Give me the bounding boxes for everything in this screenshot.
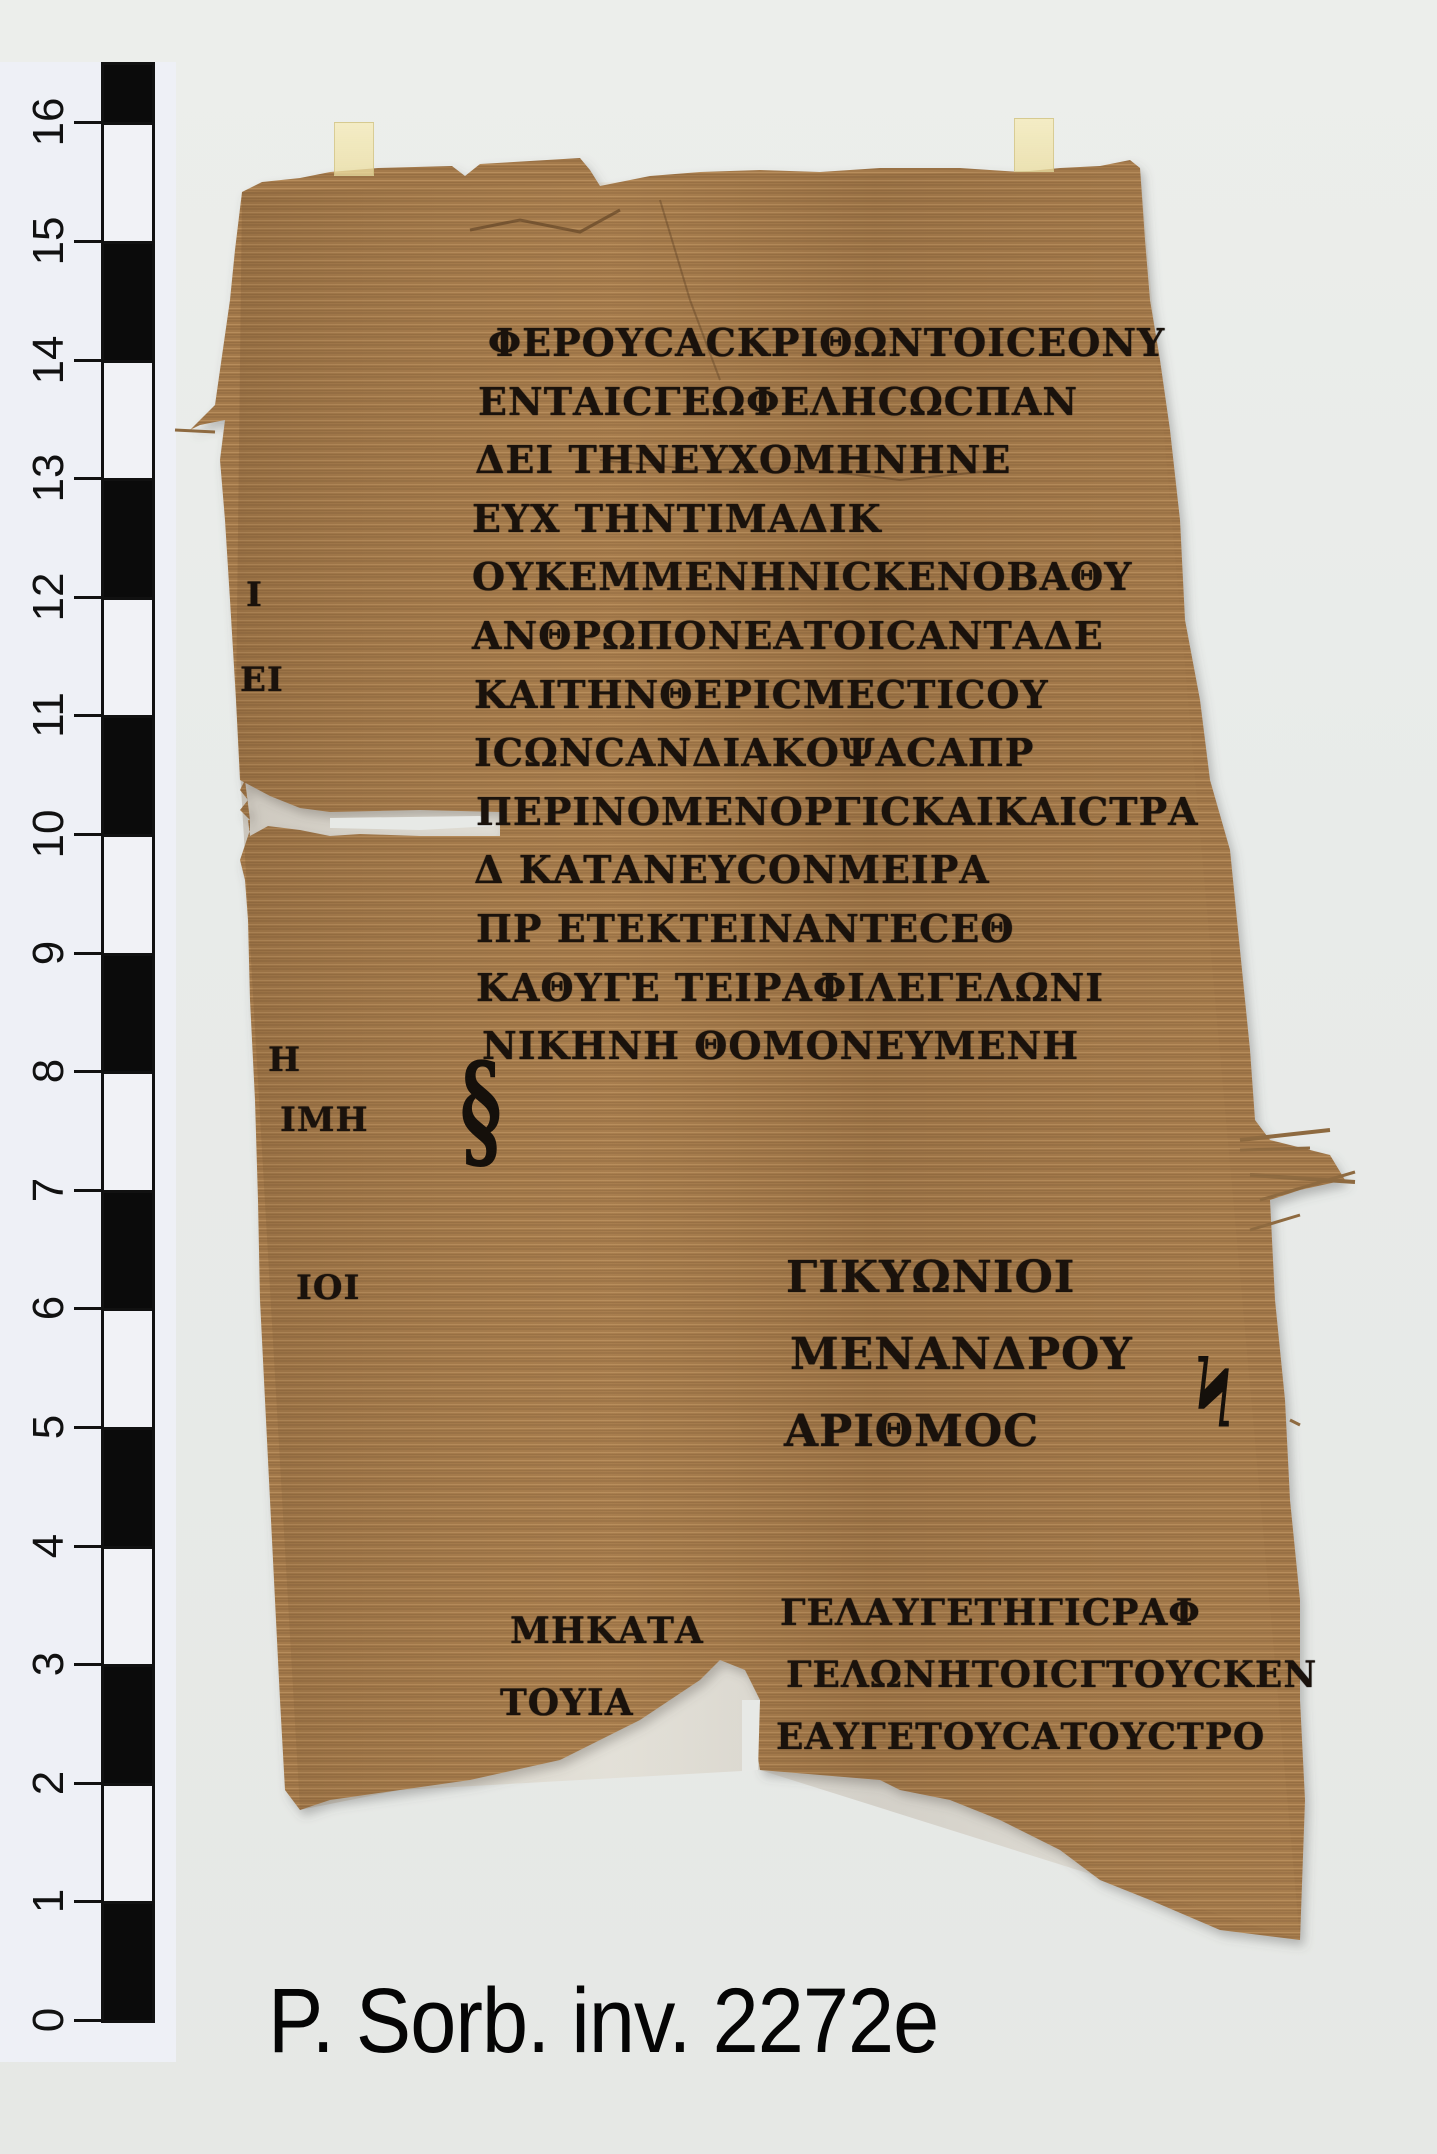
text-line: ΠΡ ΕΤΕΚΤΕΙΝΑΝΤΕϹΕΘ	[476, 906, 1014, 951]
tape-strip-left	[334, 122, 374, 176]
text-line: ΕΑΥΓΕΤΟΥϹΑΤΟΥϹΤΡΟ	[776, 1716, 1265, 1758]
text-line: ΕΝΤΑΙϹΓΕΩΦΕΛΗϹΩϹΠΑΝ	[478, 379, 1078, 424]
text-line: ΚΑΘΥΓΕ ΤΕΙΡΑΦΙΛΕΓΕΛΩΝΙ	[476, 965, 1104, 1010]
text-line: ΚΑΙΤΗΝΘΕΡΙϹΜΕϹΤΙϹΟΥ	[474, 672, 1049, 717]
papyrus-fragment: ΦΕΡΟΥϹΑϹΚΡΙΘΩΝΤΟΙϹΕΟΝΥΕΝΤΑΙϹΓΕΩΦΕΛΗϹΩϹΠΑ…	[0, 0, 1437, 2154]
text-line: ΓΕΛΩΝΗΤΟΙϹΓΤΟΥϹΚΕΝ	[786, 1654, 1317, 1696]
text-line: ΤΟΥΙΑ	[500, 1682, 634, 1724]
text-line: ΕΙ	[240, 660, 284, 700]
coronis-mark: §	[460, 1054, 502, 1166]
text-line: ΙΟΙ	[296, 1268, 360, 1308]
text-line: ΓΕΛΑΥΓΕΤΗΓΙϹΡΑΦ	[780, 1592, 1201, 1634]
text-line: ΠΕΡΙΝΟΜΕΝΟΡΓΙϹΚΑΙΚΑΙϹΤΡΑ	[476, 789, 1199, 834]
text-line: ΟΥΚΕΜΜΕΝΗΝΙϹΚΕΝΟΒΑΘΥ	[472, 554, 1132, 599]
text-line: Η	[268, 1040, 301, 1080]
text-line: ΝΙΚΗΝΗ ΘΟΜΟΝΕΥΜΕΝΗ	[482, 1023, 1079, 1068]
right-margin-mark: Ϟ	[1195, 1343, 1233, 1448]
text-line: ΑΝΘΡΩΠΟΝΕΑΤΟΙϹΑΝΤΑΔΕ	[472, 613, 1104, 658]
text-line: ΦΕΡΟΥϹΑϹΚΡΙΘΩΝΤΟΙϹΕΟΝΥ	[488, 320, 1165, 365]
text-line: Ι	[246, 575, 263, 615]
text-line: ΙϹΩΝϹΑΝΔΙΑΚΟΨΑϹΑΠΡ	[474, 730, 1034, 775]
text-line: ΜΗΚΑΤΑ	[510, 1610, 704, 1652]
tape-strip-right	[1014, 118, 1054, 172]
text-line: Δ ΚΑΤΑΝΕΥϹΟΝΜΕΙΡΑ	[474, 847, 990, 892]
text-line: ΕΥΧ ΤΗΝΤΙΜΑΔΙΚ	[472, 496, 882, 541]
text-line: ΑΡΙΘΜΟϹ	[784, 1406, 1039, 1457]
text-line: ΙΜΗ	[280, 1100, 369, 1140]
inventory-caption: P. Sorb. inv. 2272e	[268, 1966, 938, 2076]
text-line: ΓΙΚΥΩΝΙΟΙ	[786, 1252, 1075, 1303]
text-line: ΜΕΝΑΝΔΡΟΥ	[790, 1329, 1133, 1380]
text-line: ΔΕΙ ΤΗΝΕΥΧΟΜΗΝΗΝΕ	[475, 437, 1011, 482]
